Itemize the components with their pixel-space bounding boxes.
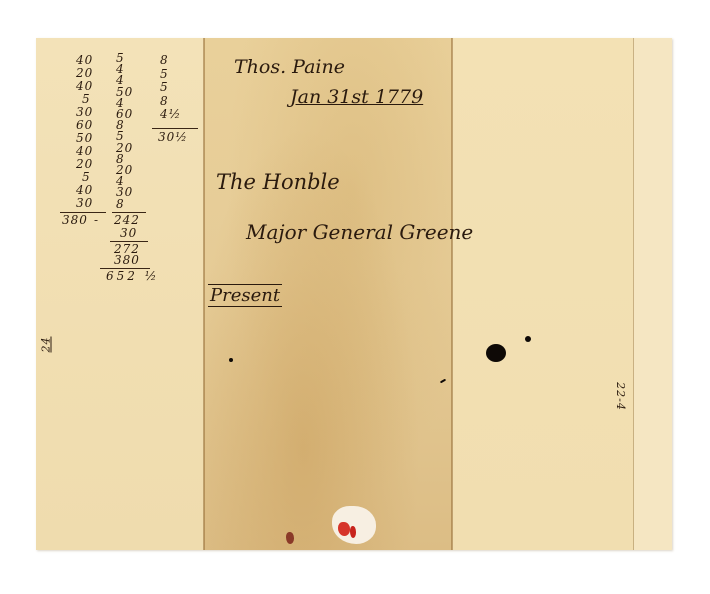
right-edge-strip [634, 38, 672, 550]
tally-column-1: 40 20 40 5 30 60 50 40 20 5 40 30 [76, 54, 93, 210]
margin-note-left: 24 [40, 337, 53, 353]
tally-column-2: 5 4 4 50 4 60 8 5 20 8 20 4 30 8 [116, 53, 133, 210]
wax-drop [286, 532, 294, 544]
tally-value: 8 [160, 95, 181, 109]
address-line-1: The Honble [216, 170, 340, 194]
tally-column-3-total: 30½ [158, 131, 188, 144]
tally-add2: 380 [114, 254, 140, 267]
docket-date: Jan 31st 1779 [290, 86, 423, 108]
tally-value: 8 [116, 199, 133, 210]
tally-value: 30 [76, 197, 93, 210]
minus-sign: - [94, 214, 99, 227]
tally-value: 5 [160, 81, 181, 95]
fold-line [451, 38, 453, 550]
wax-seal-red [350, 526, 356, 538]
ink-blot [486, 344, 506, 362]
docket-sender: Thos. Paine [234, 56, 345, 78]
ink-dot [229, 358, 233, 362]
tally-value: 4½ [160, 108, 181, 122]
ink-blot [525, 336, 531, 342]
address-line-3: Present [208, 284, 282, 307]
tally-value: 8 [160, 54, 181, 68]
tally-column-3: 8 5 5 8 4½ [160, 54, 181, 122]
document-sheet: 40 20 40 5 30 60 50 40 20 5 40 30 380 - … [36, 38, 672, 550]
margin-note-right: 22-4 [614, 382, 627, 411]
tally-add: 30 [120, 227, 137, 240]
address-line-2: Major General Greene [246, 220, 473, 244]
fold-line [633, 38, 634, 550]
fold-line [203, 38, 205, 550]
tally-column-1-total: 380 [62, 214, 88, 227]
tally-grand-total: 652 ½ [106, 270, 159, 283]
wax-seal-red [338, 522, 350, 536]
tally-value: 5 [160, 68, 181, 82]
sum-rule [152, 128, 198, 129]
